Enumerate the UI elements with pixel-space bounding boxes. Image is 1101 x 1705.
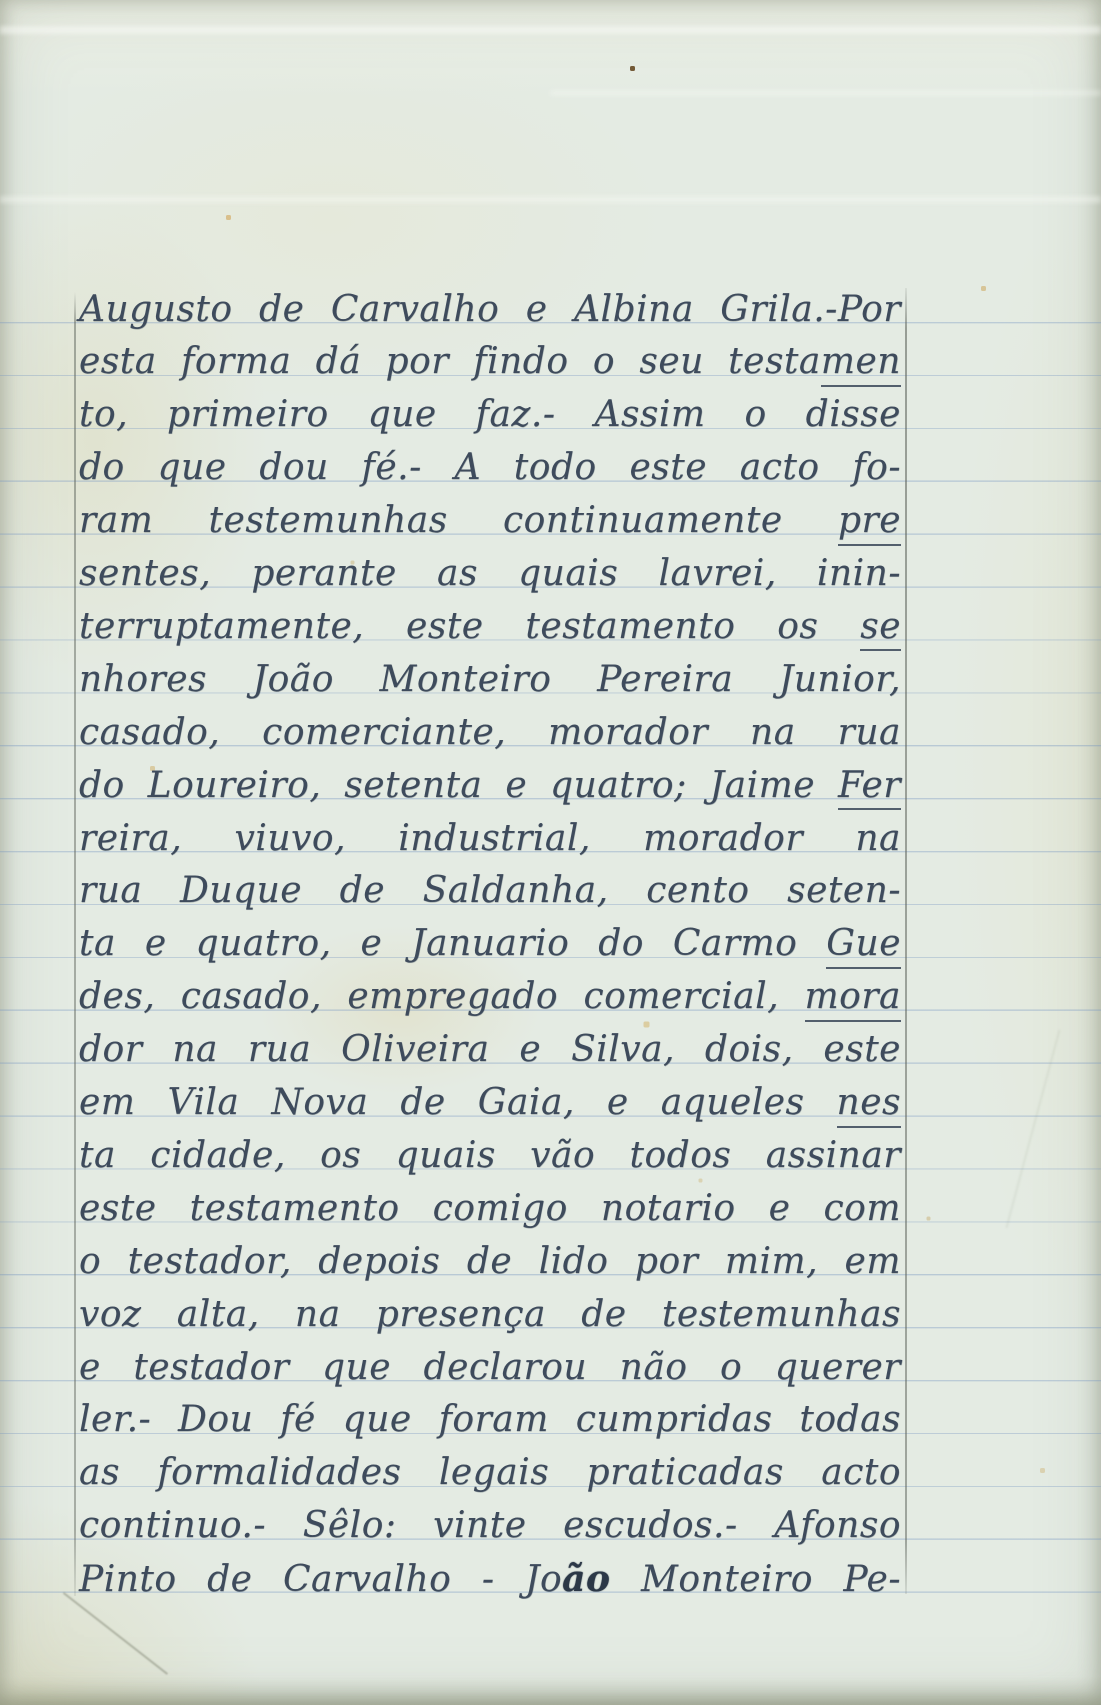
manuscript-text-segment: do que dou fé.- A todo este acto fo- [79,447,901,488]
scanned-manuscript-page: Augusto de Carvalho e Albina Grila.-Pore… [0,0,1101,1705]
manuscript-u-end-segment: pre [838,500,901,546]
manuscript-text-segment: Augusto de Carvalho e Albina Grila.-Por [79,289,901,330]
manuscript-line: nhores João Monteiro Pereira Junior, [79,662,901,698]
manuscript-text-segment: e testador que declarou não o querer [79,1347,901,1388]
manuscript-text-segment: dor na rua Oliveira e Silva, dois, este [79,1029,901,1070]
manuscript-line: dor na rua Oliveira e Silva, dois, este [79,1032,901,1068]
manuscript-text-segment: terruptamente, este testamento os [79,606,860,647]
manuscript-line: voz alta, na presença de testemunhas [79,1297,901,1333]
manuscript-text-segment: ler.- Dou fé que foram cumpridas todas [79,1399,901,1440]
manuscript-line: esta forma dá por findo o seu testamen [79,344,901,380]
manuscript-line: as formalidades legais praticadas acto [79,1455,901,1491]
manuscript-text-segment: sentes, perante as quais lavrei, inin- [79,553,901,594]
manuscript-text-block: Augusto de Carvalho e Albina Grila.-Pore… [79,0,901,1705]
manuscript-line: do que dou fé.- A todo este acto fo- [79,450,901,486]
manuscript-line: em Vila Nova de Gaia, e aqueles nes [79,1085,901,1121]
manuscript-text-segment: o testador, depois de lido por mim, em [79,1241,901,1282]
manuscript-text-segment: rua Duque de Saldanha, cento seten- [79,870,901,911]
manuscript-line: o testador, depois de lido por mim, em [79,1244,901,1280]
manuscript-line: continuo.- Sêlo: vinte escudos.- Afonso [79,1508,901,1544]
manuscript-line: rua Duque de Saldanha, cento seten- [79,873,901,909]
manuscript-ink-bold-segment: ão [562,1558,610,1600]
manuscript-text-segment: voz alta, na presença de testemunhas [79,1294,901,1335]
manuscript-text-segment: Pinto de Carvalho - Jo [79,1559,562,1600]
manuscript-u-end-segment: Gue [826,923,901,969]
manuscript-u-end-segment: se [860,606,901,652]
manuscript-line: ler.- Dou fé que foram cumpridas todas [79,1402,901,1438]
manuscript-line: Pinto de Carvalho - João Monteiro Pe- [79,1561,901,1598]
manuscript-text-segment: reira, viuvo, industrial, morador na [79,818,901,859]
manuscript-line: ram testemunhas continuamente pre [79,503,901,539]
manuscript-line: to, primeiro que faz.- Assim o disse [79,397,901,433]
right-margin-pencil-line [905,288,907,1594]
manuscript-u-end-segment: nes [837,1082,901,1128]
manuscript-line: ta cidade, os quais vão todos assinar [79,1138,901,1174]
manuscript-text-segment: as formalidades legais praticadas acto [79,1452,901,1493]
manuscript-text-segment: ram testemunhas continuamente [79,500,838,541]
manuscript-line: este testamento comigo notario e com [79,1191,901,1227]
manuscript-line: do Loureiro, setenta e quatro; Jaime Fer [79,768,901,804]
manuscript-text-segment: do Loureiro, setenta e quatro; Jaime [79,765,838,806]
manuscript-text-segment: este testamento comigo notario e com [79,1188,901,1229]
manuscript-text-segment: nhores João Monteiro Pereira Junior, [79,659,901,700]
paper-foxing-specks [0,0,1,1]
manuscript-text-segment: Monteiro Pe- [610,1559,901,1600]
manuscript-line: ta e quatro, e Januario do Carmo Gue [79,926,901,962]
manuscript-line: Augusto de Carvalho e Albina Grila.-Por [79,292,901,328]
manuscript-line: sentes, perante as quais lavrei, inin- [79,556,901,592]
manuscript-text-segment: casado, comerciante, morador na rua [79,712,901,753]
manuscript-line: des, casado, empregado comercial, mora [79,979,901,1015]
manuscript-text-segment: des, casado, empregado comercial, [79,976,805,1017]
manuscript-u-end-segment: Fer [838,765,901,811]
manuscript-line: reira, viuvo, industrial, morador na [79,821,901,857]
manuscript-line: casado, comerciante, morador na rua [79,715,901,751]
left-margin-pencil-line [74,292,76,1596]
manuscript-line: terruptamente, este testamento os se [79,609,901,645]
manuscript-u-end-segment: men [821,341,901,387]
manuscript-text-segment: esta forma dá por findo o seu testa [79,341,821,382]
manuscript-text-segment: to, primeiro que faz.- Assim o disse [79,394,901,435]
manuscript-line: e testador que declarou não o querer [79,1350,901,1386]
manuscript-text-segment: ta e quatro, e Januario do Carmo [79,923,826,964]
manuscript-u-end-segment: mora [805,976,901,1022]
manuscript-text-segment: em Vila Nova de Gaia, e aqueles [79,1082,837,1123]
manuscript-text-segment: continuo.- Sêlo: vinte escudos.- Afonso [79,1505,901,1546]
manuscript-text-segment: ta cidade, os quais vão todos assinar [79,1135,901,1176]
